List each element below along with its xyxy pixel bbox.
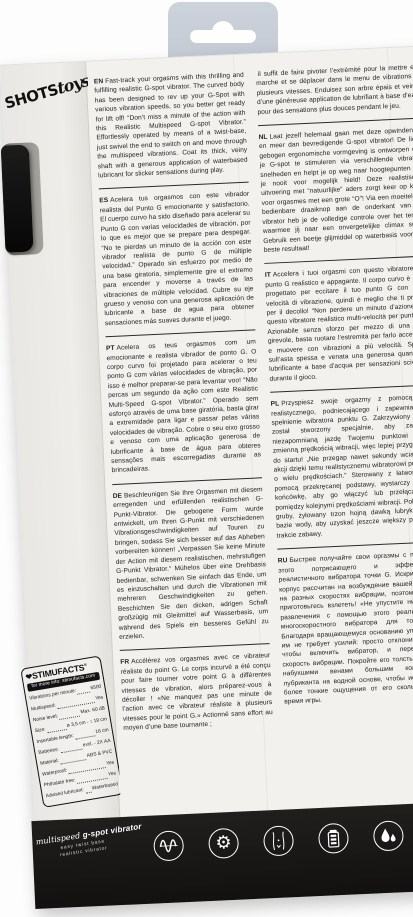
brand-logo-caps: SHOTS xyxy=(3,81,60,113)
stimufacts-spec-list: Vibrations per minute: 6500 Multispeed: … xyxy=(28,681,118,802)
language-block: RUБыстрее получайте свои оргазмы с помощ… xyxy=(277,542,413,708)
g-spot-body-icon xyxy=(263,825,294,856)
language-code: EN xyxy=(94,78,106,86)
language-text: Przyspiesz swoje orgazmy z pomocą tego r… xyxy=(271,394,413,540)
language-text: Быстрее получайте свои оргазмы с помощью… xyxy=(278,551,413,706)
box-back-panel: ENFast-track your orgasms with this thri… xyxy=(87,46,413,905)
language-code: DE xyxy=(113,492,125,500)
language-code: NL xyxy=(258,134,269,141)
language-block: FRAccélérez vos orgasmes avec ce vibrate… xyxy=(120,643,274,733)
brand-logo-script: toys xyxy=(55,71,91,98)
description-column-left: ENFast-track your orgasms with this thri… xyxy=(94,71,277,815)
language-code: ES xyxy=(99,197,110,204)
vibration-wave-icon xyxy=(153,830,184,861)
language-code: FR xyxy=(120,659,131,666)
stimufacts-panel: ❤STIMUFACTS® for more info: stimufacts.c… xyxy=(20,655,123,807)
waterdrops-icon xyxy=(373,820,404,851)
language-text: il suffit de faire pivoter l’extrémité p… xyxy=(256,64,413,116)
packaging-box-back: SHOTStoys❤ ❤STIMUFACTS® for more info: s… xyxy=(0,45,413,909)
language-block: ENFast-track your orgasms with this thri… xyxy=(94,71,249,181)
feature-icons-row: ⚙ xyxy=(153,820,404,861)
gear-icon: ⚙ xyxy=(208,828,239,859)
language-block: PLPrzyspiesz swoje orgazmy z pomocą tego… xyxy=(270,385,413,541)
battery-icon xyxy=(318,823,349,854)
language-text: Fast-track your orgasms with this thrill… xyxy=(94,72,248,180)
language-block: DEBeschleunigen Sie Ihre Orgasmen mit di… xyxy=(112,477,269,642)
dotted-leader xyxy=(85,791,91,793)
language-text: Acelera os teus orgasmos com um emociona… xyxy=(106,339,261,475)
euro-slot-hole-circle xyxy=(212,21,234,43)
language-code: PT xyxy=(106,345,117,352)
language-text: Accelera i tuoi orgasmi con questo vibra… xyxy=(265,265,413,383)
product-box-photo: SHOTStoys❤ ❤STIMUFACTS® for more info: s… xyxy=(0,0,413,917)
registered-trademark: ® xyxy=(83,662,87,667)
description-column-right: il suffit de faire pivoter l’extrémité p… xyxy=(256,63,413,808)
language-text: Accélérez vos orgasmes avec ce vibrateur… xyxy=(121,652,273,732)
product-name-block: multispeed g-spot vibrator easy twist ba… xyxy=(35,824,130,861)
brand-logo: SHOTStoys❤ xyxy=(2,70,96,114)
language-text: Beschleunigen Sie Ihre Orgasmen mit dies… xyxy=(113,486,269,641)
language-text: Laat jezelf helemaal gaan met deze opwin… xyxy=(259,127,413,254)
vibrator-twist-base xyxy=(1,145,34,253)
language-text: Acelera tus orgasmos con este vibrador r… xyxy=(100,191,255,327)
language-code: RU xyxy=(278,557,290,565)
language-code: PL xyxy=(271,401,282,408)
language-block: il suffit de faire pivoter l’extrémité p… xyxy=(256,63,413,117)
language-block: ESAcelera tus orgasmos con este vibrador… xyxy=(99,182,255,328)
language-block: NLLaat jezelf helemaal gaan met deze opw… xyxy=(258,118,413,255)
language-block: ITAccelera i tuoi orgasmi con questo vib… xyxy=(264,256,413,384)
multilingual-description: ENFast-track your orgasms with this thri… xyxy=(94,62,413,815)
language-block: PTAcelera os teus orgasmos com um emocio… xyxy=(105,330,261,476)
